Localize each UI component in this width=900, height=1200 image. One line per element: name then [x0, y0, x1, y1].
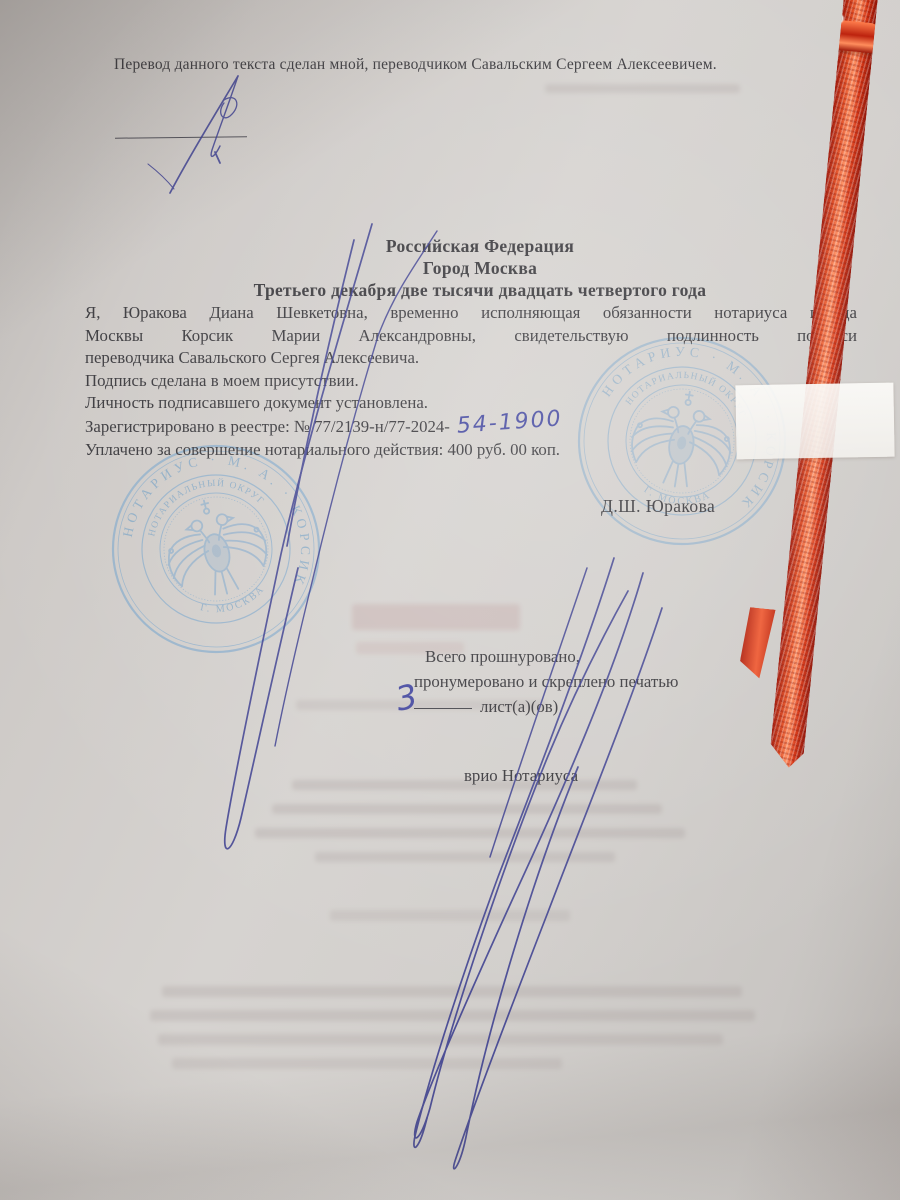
vrio-notary-label: врио Нотариуса: [464, 766, 578, 786]
binder-line: пронумеровано и скреплено печатью: [414, 669, 734, 694]
body-line: переводчика Савальского Сергея Алексееви…: [85, 347, 857, 370]
handwritten-registry-number: 54-1900: [456, 408, 563, 438]
heading-city: Город Москва: [60, 258, 900, 280]
sheet-count-blank: [414, 708, 472, 709]
sheet-count-line: лист(а)(ов): [414, 694, 734, 719]
registry-printed: Зарегистрировано в реестре: № 77/2139-н/…: [85, 417, 450, 436]
notarial-certificate-page: НОТАРИУС · М. А. · КОРСИК НОТАРИАЛЬНЫЙ О…: [0, 0, 900, 1200]
heading-date: Третьего декабря две тысячи двадцать чет…: [60, 280, 900, 302]
body-line: Я, Юракова Диана Шевкетовна, временно ис…: [85, 302, 857, 325]
notary-name: Д.Ш. Юракова: [601, 496, 715, 517]
ribbon-knot: [836, 20, 879, 54]
document-heading: Российская Федерация Город Москва Третье…: [60, 236, 900, 301]
sealing-paper-sticker: [735, 383, 894, 460]
binder-line: Всего прошнуровано,: [414, 644, 734, 669]
binding-statement: Всего прошнуровано, пронумеровано и скре…: [414, 644, 734, 719]
heading-country: Российская Федерация: [60, 236, 900, 258]
translator-statement: Перевод данного текста сделан мной, пере…: [114, 56, 717, 74]
sheet-count-suffix: лист(а)(ов): [480, 697, 558, 716]
body-line: Москвы Корсик Марии Александровны, свиде…: [85, 325, 857, 348]
